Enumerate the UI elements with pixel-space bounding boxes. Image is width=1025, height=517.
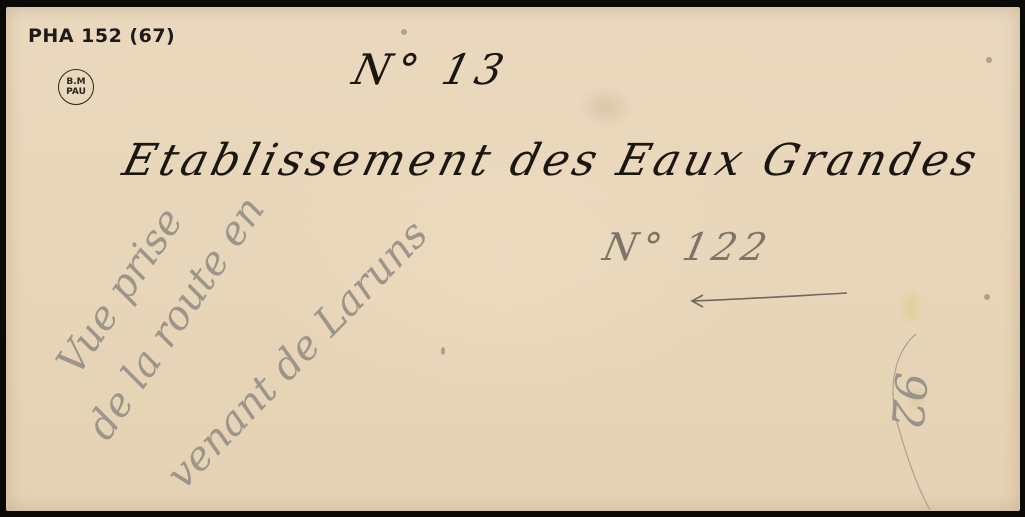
number-label: N° 13	[348, 45, 515, 94]
paper-speck	[986, 57, 992, 63]
secondary-number: N° 122	[599, 225, 775, 269]
handwritten-title: Etablissement des Eaux Grandes	[118, 135, 986, 186]
stamp-line-1: B.M	[66, 77, 85, 87]
photo-card-back: PHA 152 (67) B.M PAU N° 13 Etablissement…	[6, 7, 1020, 511]
shelfmark-label: PHA 152 (67)	[28, 25, 175, 47]
paper-speck	[984, 294, 990, 300]
stamp-line-2: PAU	[66, 87, 86, 97]
paper-speck	[401, 29, 407, 35]
library-stamp: B.M PAU	[58, 69, 94, 105]
corner-number: 92	[880, 371, 936, 431]
paper-speck	[441, 347, 445, 355]
left-arrow-icon	[689, 287, 849, 311]
